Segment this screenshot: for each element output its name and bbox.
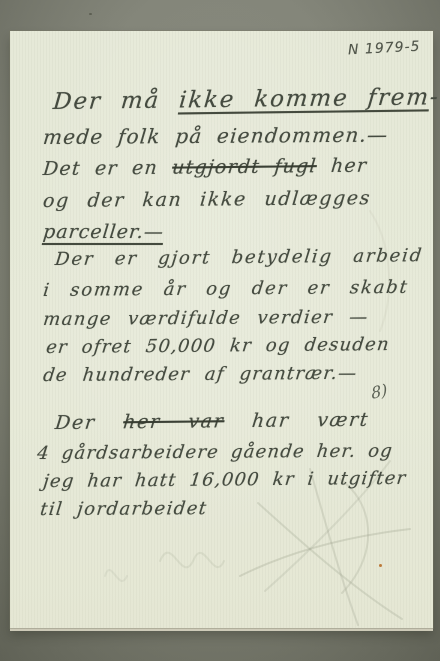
- handwritten-line-1: Der må ikke komme frem-: [52, 84, 440, 115]
- handwritten-line-3: Det er en utgjordt fugl her: [42, 155, 368, 180]
- line-text: til jordarbeidet: [39, 498, 209, 520]
- background-speck: [89, 13, 92, 15]
- handwritten-line-13: jeg har hatt 16,000 kr i utgifter: [42, 468, 408, 492]
- photograph-background: N 1979-5 Der må ikke komme frem- mede fo…: [0, 0, 440, 661]
- underlined-text: ikke komme frem: [178, 84, 431, 113]
- line-text: Der må: [52, 87, 180, 115]
- archive-number-label: N 1979-5: [348, 38, 439, 59]
- handwritten-line-11: Der her var har vært: [54, 409, 370, 434]
- orange-ink-speck: [379, 564, 382, 567]
- handwritten-line-9: er ofret 50,000 kr og desuden: [45, 334, 391, 358]
- line-text: mange værdifulde verdier —: [42, 307, 370, 330]
- underlined-text: parceller.—: [42, 221, 165, 243]
- handwritten-line-5: parceller.—: [42, 221, 165, 243]
- line-text: og der kan ikke udlægges: [42, 187, 372, 212]
- line-text: mede folk på eiendommen.—: [42, 123, 390, 149]
- line-text: er ofret 50,000 kr og desuden: [45, 334, 391, 358]
- line-text: Der: [54, 411, 125, 434]
- handwritten-line-6: Der er gjort betydelig arbeid: [54, 245, 424, 270]
- handwritten-line-14: til jordarbeidet: [39, 498, 209, 520]
- line-text: i somme år og der er skabt: [42, 277, 410, 301]
- handwritten-line-10: de hundreder af grantrær.—: [42, 363, 359, 386]
- line-text: her: [316, 155, 369, 178]
- handwritten-line-2: mede folk på eiendommen.—: [42, 123, 390, 149]
- handwritten-line-7: i somme år og der er skabt: [42, 277, 410, 301]
- struck-text: her var: [122, 410, 226, 433]
- handwritten-line-12: 4 gårdsarbeidere gående her. og: [36, 441, 394, 464]
- line-text: har vært: [223, 409, 370, 433]
- page-number-mark: 8): [370, 380, 388, 403]
- manuscript-page: N 1979-5 Der må ikke komme frem- mede fo…: [10, 31, 433, 628]
- line-text: jeg har hatt 16,000 kr i utgifter: [42, 468, 408, 492]
- line-text: de hundreder af grantrær.—: [42, 363, 359, 386]
- handwritten-line-8: mange værdifulde verdier —: [42, 307, 370, 330]
- line-text: Der er gjort betydelig arbeid: [54, 245, 424, 270]
- handwritten-line-4: og der kan ikke udlægges: [42, 187, 372, 212]
- struck-text: utgjordt fugl: [171, 155, 318, 179]
- line-text: -: [429, 84, 440, 110]
- line-text: Det er en: [42, 157, 173, 180]
- line-text: 4 gårdsarbeidere gående her. og: [36, 441, 394, 464]
